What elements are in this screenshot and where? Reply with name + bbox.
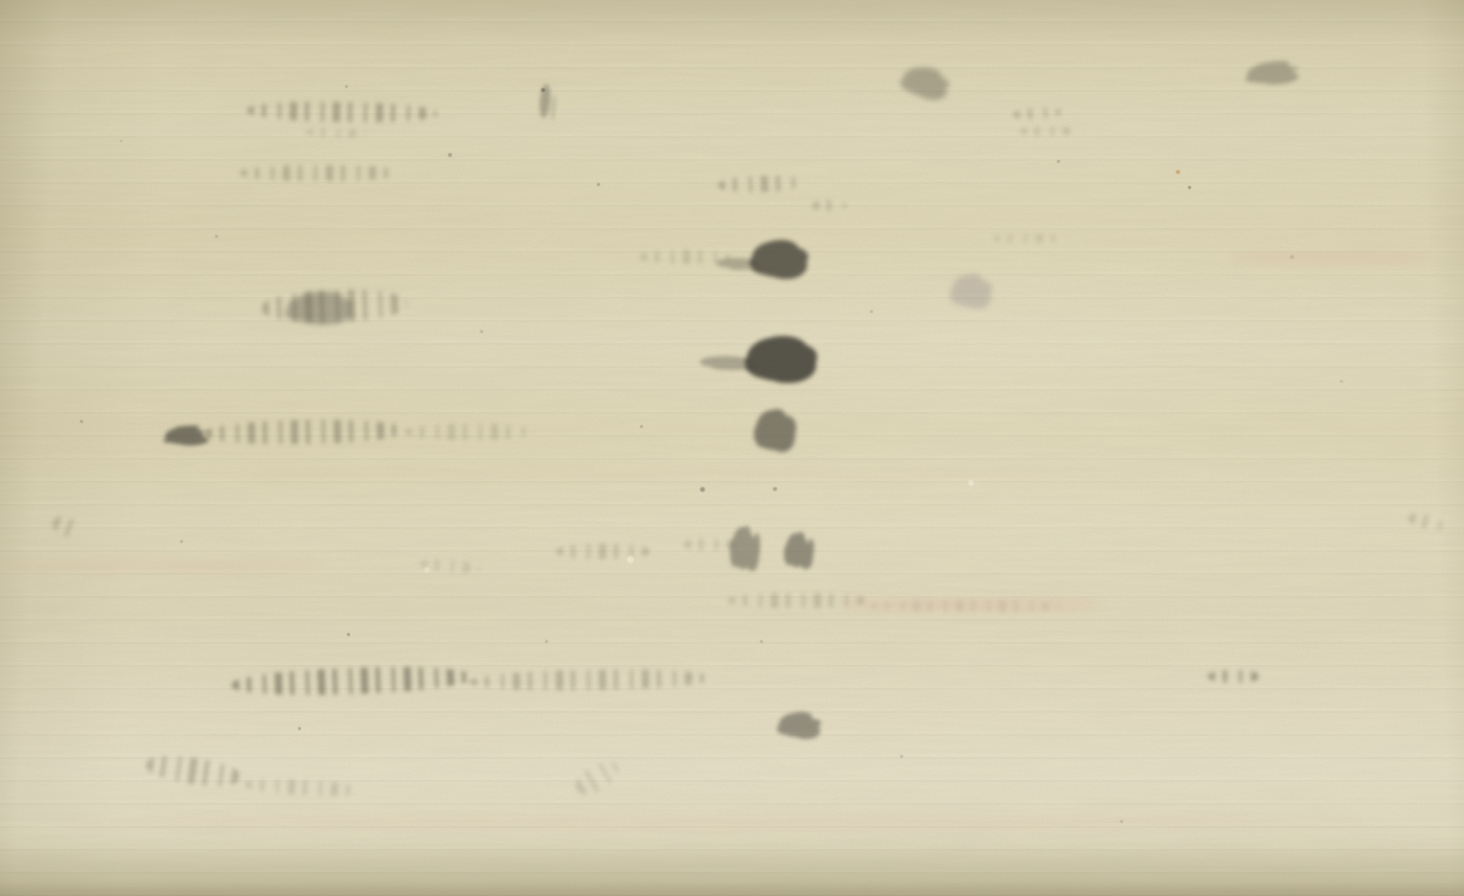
smudge-streak [145, 752, 243, 791]
ink-artifact-layer [0, 0, 1464, 896]
smudge-streak [470, 668, 710, 692]
smudge-streak [556, 544, 651, 559]
ink-speck [640, 425, 643, 428]
smudge-streak [1208, 670, 1260, 683]
ink-speck [347, 633, 350, 636]
ink-blot [901, 65, 945, 100]
smudge-streak [205, 418, 405, 445]
smudge-streak [684, 538, 736, 551]
smudge-streak [247, 100, 437, 123]
ink-speck [424, 567, 430, 573]
ink-speck [760, 640, 763, 643]
ink-blot [779, 713, 815, 737]
ink-speck [700, 487, 705, 492]
ink-speck [80, 420, 83, 423]
smudge-streak [1020, 127, 1075, 136]
ink-speck [180, 540, 183, 543]
ink-blot [752, 241, 802, 277]
ink-speck [900, 755, 903, 758]
smudge-streak [261, 287, 407, 324]
ink-blot [732, 527, 754, 569]
smudge-streak [306, 127, 366, 139]
ink-blot [164, 426, 203, 446]
smudge-streak [245, 777, 361, 798]
ink-speck [1057, 160, 1060, 163]
smudge-streak [50, 513, 84, 540]
smudge-streak [1407, 511, 1445, 534]
ink-speck [773, 487, 777, 491]
pink-tint-streak [1230, 252, 1430, 264]
ink-speck [545, 640, 548, 643]
ink-speck [1188, 186, 1191, 189]
ink-speck [215, 235, 218, 238]
ink-speck [1176, 170, 1180, 174]
smudge-streak [571, 756, 623, 800]
ink-blot [756, 410, 790, 450]
ink-blot [1246, 61, 1294, 86]
ink-blot [952, 275, 986, 307]
smudge-streak [718, 175, 804, 194]
pink-tint-streak [840, 598, 1100, 612]
ink-speck [627, 556, 634, 563]
ink-speck [1340, 380, 1343, 383]
ink-speck [448, 153, 452, 157]
smudge-streak [1013, 107, 1062, 120]
smudge-streak [812, 200, 846, 211]
ink-speck [597, 183, 600, 186]
ink-speck [480, 330, 483, 333]
ink-speck [870, 310, 873, 313]
ink-speck [298, 727, 301, 730]
ink-blot [700, 356, 750, 368]
scanned-document-image [0, 0, 1464, 896]
smudge-streak [640, 250, 730, 264]
ink-speck [345, 85, 348, 88]
smudge-streak [405, 424, 535, 440]
ink-blot [747, 337, 811, 381]
pink-tint-streak [0, 560, 320, 572]
ink-blot [786, 533, 808, 567]
ink-speck [120, 140, 122, 142]
ink-speck [541, 88, 545, 92]
smudge-streak [232, 664, 473, 698]
smudge-streak [240, 165, 400, 181]
ink-speck [968, 480, 974, 486]
pink-tint-streak [60, 818, 1360, 828]
pink-tint-streak [200, 470, 1100, 478]
smudge-streak [993, 234, 1065, 243]
